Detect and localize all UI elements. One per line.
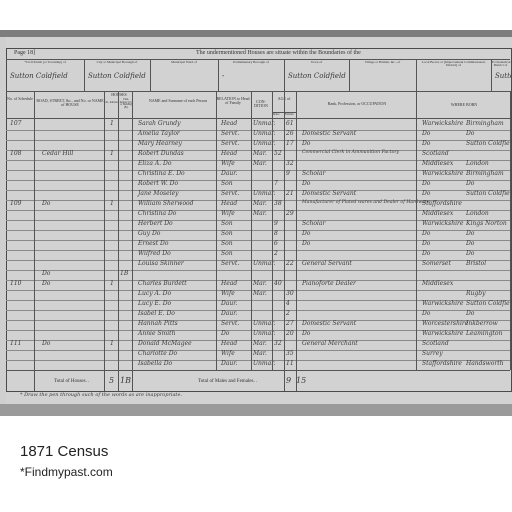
- road-cell: Do: [42, 341, 50, 347]
- female-age-cell: 29: [286, 211, 294, 217]
- occupation-cell: Do: [302, 181, 310, 187]
- female-age-cell: 61: [286, 121, 294, 127]
- column-rule: [34, 91, 35, 391]
- caption-source: *Findmypast.com: [20, 464, 113, 480]
- schedule-cell: 108: [10, 151, 21, 157]
- condition-cell: Mar.: [253, 151, 267, 157]
- born-place-cell: Do: [466, 311, 474, 317]
- female-age-cell: 21: [286, 191, 294, 197]
- col-inhabited: In- habited: [105, 101, 119, 104]
- name-cell: Robert W. Do: [138, 181, 178, 187]
- born-place-cell: Birmingham: [466, 121, 504, 127]
- born-place-cell: Sutton Coldfield: [466, 141, 512, 147]
- condition-cell: Mar.: [253, 341, 267, 347]
- female-age-cell: 11: [286, 361, 294, 367]
- boundary-value: -: [222, 73, 224, 80]
- column-rule: [416, 91, 417, 370]
- female-age-cell: 4: [286, 301, 290, 307]
- name-cell: Eliza A. Do: [138, 161, 171, 167]
- female-age-cell: 35: [286, 351, 294, 357]
- name-cell: Wilfred Do: [138, 251, 171, 257]
- relation-cell: Do: [221, 331, 229, 337]
- name-cell: Guy Do: [138, 231, 160, 237]
- born-county-cell: Do: [422, 141, 430, 147]
- col-where-born: WHERE BORN: [418, 103, 510, 107]
- schedule-cell: 111: [10, 341, 21, 347]
- relation-cell: Head: [221, 341, 237, 347]
- name-cell: Sarah Grundy: [138, 121, 181, 127]
- occupation-cell: Pianoforte Dealer: [302, 281, 356, 287]
- born-place-cell: Do: [466, 181, 474, 187]
- name-cell: William Sherwood: [138, 201, 194, 207]
- born-county-cell: Do: [422, 311, 430, 317]
- column-rule: [296, 91, 297, 391]
- relation-cell: Servt.: [221, 141, 239, 147]
- condition-cell: Mar.: [253, 281, 267, 287]
- name-cell: Annie Smith: [138, 331, 175, 337]
- name-cell: Charlotte Do: [138, 351, 177, 357]
- page-label: Page 18]: [14, 50, 35, 56]
- road-cell: Do: [42, 201, 50, 207]
- col-name: NAME and Surname of each Person: [140, 99, 216, 103]
- name-cell: Louisa Skinner: [138, 261, 184, 267]
- occupation-cell: Domestic Servant: [302, 321, 356, 327]
- name-cell: Hannah Pitts: [138, 321, 178, 327]
- born-place-cell: Bristol: [466, 261, 486, 267]
- row-rule: [6, 240, 510, 241]
- column-rule: [118, 91, 119, 391]
- male-age-cell: 52: [274, 151, 282, 157]
- name-cell: Robert Dundas: [138, 151, 184, 157]
- column-rule: [104, 91, 105, 391]
- relation-cell: Daur.: [221, 311, 237, 317]
- boundary-label: Ecclesiastical District of: [492, 61, 509, 68]
- relation-cell: Wife: [221, 351, 235, 357]
- column-rule: [272, 91, 273, 370]
- condition-cell: Mar.: [253, 201, 267, 207]
- born-county-cell: Scotland: [422, 341, 449, 347]
- row-rule: [6, 270, 510, 271]
- boundary-value: Sutton Coldfield: [288, 73, 346, 80]
- boundary-heading: The undermentioned Houses are situate wi…: [196, 50, 361, 56]
- name-cell: Charles Burdett: [138, 281, 187, 287]
- relation-cell: Head: [221, 281, 237, 287]
- name-cell: Jane Moseley: [138, 191, 179, 197]
- boundary-rule: [491, 59, 492, 91]
- occupation-cell: Scholar: [302, 171, 325, 177]
- boundary-rule: [218, 59, 219, 91]
- relation-cell: Son: [221, 221, 233, 227]
- born-place-cell: Sutton Coldfield: [466, 301, 512, 307]
- scan-bottom-edge: [0, 404, 512, 416]
- age-subheader-rule: [272, 112, 296, 113]
- relation-cell: Son: [221, 241, 233, 247]
- male-age-cell: 2: [274, 251, 278, 257]
- female-age-cell: 27: [286, 321, 294, 327]
- total-persons-label: Total of Males and Females. .: [198, 379, 257, 384]
- footnote: * Draw the pen through such of the words…: [20, 393, 182, 398]
- relation-cell: Wife: [221, 291, 235, 297]
- born-county-cell: Surrey: [422, 351, 443, 357]
- relation-cell: Servt.: [221, 191, 239, 197]
- col-males: Males: [273, 114, 279, 117]
- census-scan: Page 18] The undermentioned Houses are s…: [0, 30, 512, 416]
- column-rule: [251, 91, 252, 370]
- born-place-cell: Do: [466, 241, 474, 247]
- boundary-rule: [416, 59, 417, 91]
- relation-cell: Son: [221, 251, 233, 257]
- male-age-cell: 38: [274, 201, 282, 207]
- born-place-cell: Do: [466, 131, 474, 137]
- boundary-rule: [284, 59, 285, 91]
- name-cell: Lucy A. Do: [138, 291, 171, 297]
- born-place-cell: London: [466, 211, 489, 217]
- boundary-label: Town of: [285, 61, 348, 64]
- inhabited-cell: 1: [110, 151, 114, 157]
- born-county-cell: Do: [422, 231, 430, 237]
- relation-cell: Servt.: [221, 321, 239, 327]
- born-place-cell: Sutton Coldfield: [466, 191, 512, 197]
- relation-cell: Servt.: [221, 131, 239, 137]
- male-age-cell: 6: [274, 241, 278, 247]
- relation-cell: Son: [221, 231, 233, 237]
- female-age-cell: 17: [286, 141, 294, 147]
- row-rule: [6, 310, 510, 311]
- born-place-cell: Inkberrow: [466, 321, 498, 327]
- col-occupation: Rank, Profession, or OCCUPATION: [298, 102, 416, 106]
- schedule-cell: 107: [10, 121, 21, 127]
- col-schedule: No. of Schedule: [7, 97, 33, 101]
- born-place-cell: Handsworth: [466, 361, 504, 367]
- name-cell: Lucy E. Do: [138, 301, 171, 307]
- born-county-cell: Do: [422, 131, 430, 137]
- relation-cell: Daur.: [221, 171, 237, 177]
- divider: [6, 91, 510, 92]
- condition-cell: Mar.: [253, 351, 267, 357]
- born-county-cell: Do: [422, 181, 430, 187]
- born-county-cell: Staffordshire: [422, 201, 462, 207]
- occupation-cell: Domestic Servant: [302, 131, 356, 137]
- col-relation: RELATION to Head of Family: [216, 97, 250, 105]
- born-county-cell: Worcestershire: [422, 321, 468, 327]
- name-cell: Isabel E. Do: [138, 311, 175, 317]
- road-cell: Cedar Hill: [42, 151, 73, 157]
- relation-cell: Head: [221, 151, 237, 157]
- female-age-cell: 22: [286, 261, 294, 267]
- road-cell: Do: [42, 281, 50, 287]
- row-rule: [6, 180, 510, 181]
- col-houses: HOUSES: [106, 93, 132, 97]
- condition-cell: Mar.: [253, 291, 267, 297]
- boundary-label: *Civil Parish [or Township] of: [7, 61, 83, 64]
- col-females: Females: [285, 114, 294, 117]
- name-cell: Isabella Do: [138, 361, 172, 367]
- column-rule: [284, 91, 285, 391]
- born-place-cell: Do: [466, 231, 474, 237]
- relation-cell: Servt.: [221, 261, 239, 267]
- boundary-value: Sutton Coldfield: [10, 73, 68, 80]
- female-age-cell: 26: [286, 131, 294, 137]
- born-county-cell: Warwickshire: [422, 171, 463, 177]
- name-cell: Herbert Do: [138, 221, 173, 227]
- occupation-cell: General Merchant: [302, 341, 358, 347]
- born-county-cell: Middlesex: [422, 161, 453, 167]
- inhabited-cell: 1: [110, 201, 114, 207]
- occupation-cell: Commercial Clerk in Ammunition Factory: [302, 151, 399, 156]
- col-uninhabited: Unin- habited (U.) or Building (B.): [119, 99, 133, 109]
- caption-title: 1871 Census: [20, 443, 113, 461]
- male-age-cell: 8: [274, 231, 278, 237]
- name-cell: Mary Hearney: [138, 141, 182, 147]
- relation-cell: Daur.: [221, 301, 237, 307]
- occupation-cell: Manufacturer of Plated wares and Dealer …: [302, 201, 430, 206]
- born-county-cell: Do: [422, 251, 430, 257]
- born-county-cell: Warwickshire: [422, 121, 463, 127]
- boundary-value: Sutton Coldfield: [88, 73, 146, 80]
- boundary-rule: [349, 59, 350, 91]
- male-age-cell: 9: [274, 221, 278, 227]
- total-females: 15: [296, 377, 306, 385]
- male-age-cell: 40: [274, 281, 282, 287]
- schedule-cell: 109: [10, 201, 21, 207]
- inhabited-cell: 1: [110, 341, 114, 347]
- name-cell: Amelia Taylor: [138, 131, 180, 137]
- boundary-rule: [150, 59, 151, 91]
- boundary-label: Village or Hamlet, &c., of: [350, 61, 415, 64]
- total-houses-uninhabited: 1B: [120, 377, 131, 385]
- boundary-value: Sutto: [495, 73, 512, 80]
- total-houses-inhabited: 5: [109, 377, 114, 385]
- female-age-cell: 30: [286, 291, 294, 297]
- column-rule: [132, 91, 133, 391]
- born-county-cell: Somerset: [422, 261, 451, 267]
- name-cell: Ernest Do: [138, 241, 168, 247]
- born-county-cell: Do: [422, 191, 430, 197]
- born-place-cell: Kings Norton: [466, 221, 507, 227]
- name-cell: Christina E. Do: [138, 171, 185, 177]
- total-males: 9: [286, 377, 291, 385]
- name-cell: Donald McMagee: [138, 341, 192, 347]
- female-age-cell: 32: [286, 161, 294, 167]
- inhabited-cell: 1: [110, 121, 114, 127]
- occupation-cell: Do: [302, 141, 310, 147]
- relation-cell: Wife: [221, 161, 235, 167]
- col-condition: CON- DITION: [251, 100, 271, 108]
- occupation-cell: Domestic Servant: [302, 191, 356, 197]
- condition-cell: Mar.: [253, 211, 267, 217]
- born-county-cell: Middlesex: [422, 281, 453, 287]
- relation-cell: Son: [221, 181, 233, 187]
- born-county-cell: Do: [422, 241, 430, 247]
- total-houses-label: Total of Houses. .: [54, 379, 89, 384]
- schedule-cell: 110: [10, 281, 21, 287]
- male-age-cell: 32: [274, 341, 282, 347]
- column-rule: [216, 91, 217, 370]
- male-age-cell: 7: [274, 181, 278, 187]
- census-sheet: Page 18] The undermentioned Houses are s…: [6, 37, 512, 404]
- divider: [6, 118, 510, 119]
- row-rule: [6, 230, 510, 231]
- road-cell: Do: [42, 271, 50, 277]
- born-county-cell: Warwickshire: [422, 331, 463, 337]
- born-county-cell: Warwickshire: [422, 221, 463, 227]
- born-place-cell: Birmingham: [466, 171, 504, 177]
- row-rule: [6, 250, 510, 251]
- divider: [6, 370, 510, 371]
- relation-cell: Wife: [221, 211, 235, 217]
- boundary-label: Parliamentary Borough of: [219, 61, 283, 64]
- born-county-cell: Staffordshire: [422, 361, 462, 367]
- born-place-cell: Do: [466, 251, 474, 257]
- occupation-cell: Do: [302, 231, 310, 237]
- boundary-rule: [84, 59, 85, 91]
- female-age-cell: 9: [286, 171, 290, 177]
- occupation-cell: Do: [302, 331, 310, 337]
- female-age-cell: 2: [286, 311, 290, 317]
- boundary-label: City or Municipal Borough of: [85, 61, 149, 64]
- born-place-cell: London: [466, 161, 489, 167]
- relation-cell: Daur.: [221, 361, 237, 367]
- name-cell: Christina Do: [138, 211, 176, 217]
- caption: 1871 Census *Findmypast.com: [20, 443, 113, 480]
- scan-top-edge: [0, 30, 512, 37]
- born-county-cell: Middlesex: [422, 211, 453, 217]
- boundary-label: Local Board, or [Improvement Commissione…: [417, 61, 490, 68]
- column-rule: [510, 91, 511, 370]
- occupation-cell: Do: [302, 241, 310, 247]
- uninhabited-cell: 1B: [120, 271, 128, 277]
- female-age-cell: 20: [286, 331, 294, 337]
- born-county-cell: Scotland: [422, 151, 449, 157]
- born-place-cell: Rugby: [466, 291, 485, 297]
- col-road: ROAD, STREET, &c., and No. or NAME of HO…: [36, 99, 104, 107]
- boundary-label: Municipal Ward of: [151, 61, 217, 64]
- born-county-cell: Warwickshire: [422, 301, 463, 307]
- relation-cell: Head: [221, 121, 237, 127]
- inhabited-cell: 1: [110, 281, 114, 287]
- relation-cell: Head: [221, 201, 237, 207]
- occupation-cell: Scholar: [302, 221, 325, 227]
- born-place-cell: Leamington: [466, 331, 502, 337]
- condition-cell: Mar.: [253, 161, 267, 167]
- occupation-cell: General Servant: [302, 261, 352, 267]
